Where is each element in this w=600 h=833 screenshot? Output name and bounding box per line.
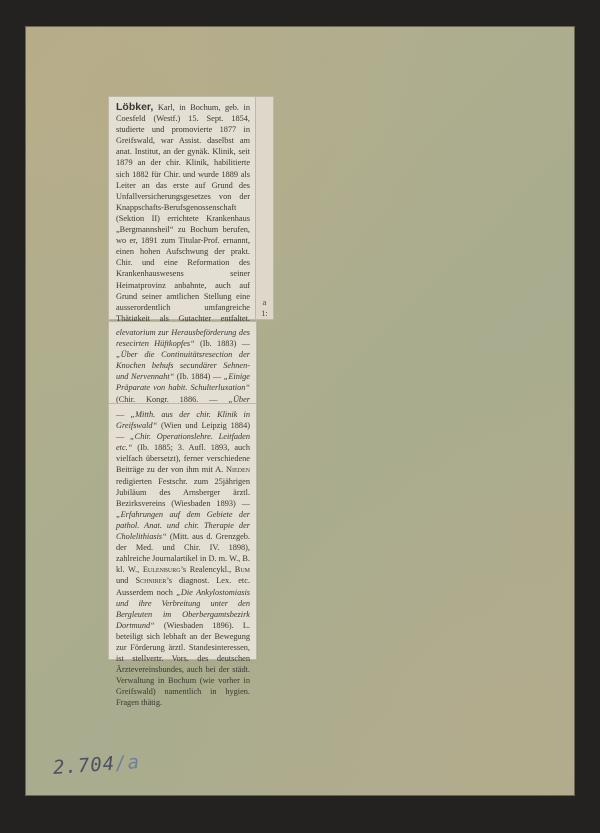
text-segment: (Wiesbaden 1896). L. beteiligt sich lebh…	[116, 621, 250, 708]
person-name: Bum	[235, 565, 250, 574]
handwritten-catalog-number: 2.704/a	[52, 751, 140, 779]
person-name: Nieden	[226, 465, 250, 474]
text-segment: (Chir. Kongr. 1886. —	[116, 395, 228, 404]
catalog-suffix: /a	[114, 751, 140, 775]
text-segment: (Ib. 1883) —	[195, 339, 250, 348]
text-segment: und	[116, 576, 135, 585]
person-name: Eulenburg	[143, 565, 181, 574]
text-segment: —	[116, 410, 131, 419]
entry-name: Löbker,	[116, 101, 153, 113]
text-segment: (Ib. 1884) —	[174, 372, 223, 381]
edge-text: a	[256, 297, 273, 308]
catalog-number: 2.704	[52, 753, 116, 779]
person-name: Schnirer	[135, 576, 166, 585]
text-segment: Karl, in Bochum, geb. in Coesfeld (Westf…	[116, 103, 250, 334]
text-segment: redigierten Festschr. zum 25jährigen Jub…	[116, 477, 250, 508]
edge-text: 1:	[256, 308, 273, 319]
clipping-edge-fragment: a 1:	[256, 97, 273, 319]
text-segment: ’s Realencykl.,	[181, 565, 235, 574]
clipping-3: — „Mitth. aus der chir. Klinik in Greifs…	[109, 404, 256, 659]
clipping-1: Löbker, Karl, in Bochum, geb. in Coesfel…	[109, 97, 256, 319]
archival-card: Löbker, Karl, in Bochum, geb. in Coesfel…	[26, 27, 574, 795]
clipping-2: elevatorium zur Herausbeförderung des re…	[109, 322, 256, 407]
